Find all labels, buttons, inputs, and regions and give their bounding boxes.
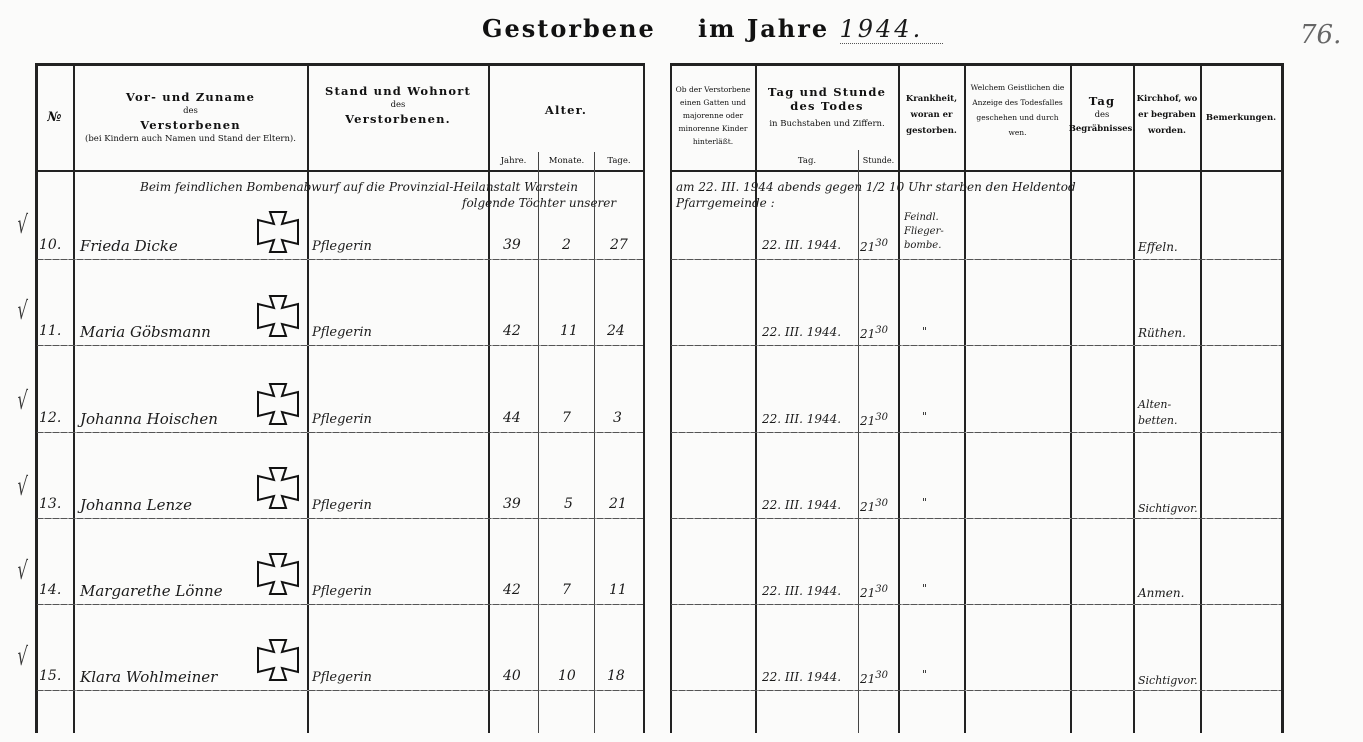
cemetery-line2: betten. [1138, 414, 1177, 427]
cemetery: Anmen. [1138, 586, 1184, 600]
col-header-geistlicher: Welchem Geistlichen die Anzeige des Tode… [965, 65, 1070, 155]
col-header-stand: Stand und Wohnort des Verstorbenen. [308, 65, 488, 145]
age-days: 24 [607, 323, 625, 339]
col-header-jahre: Jahre. [489, 156, 538, 166]
death-date: 22. III. 1944. [762, 498, 841, 512]
col-header-alter: Alter. [489, 65, 643, 155]
cemetery: Sichtigvor. [1138, 502, 1198, 515]
col-header-todestag: Tag und Stunde des Todes in Buchstaben u… [756, 65, 898, 150]
annotation-right-line2: Pfarrgemeinde : [676, 196, 775, 210]
age-months: 7 [562, 582, 571, 598]
col-header-krankheit: Krankheit, woran er gestorben. [899, 65, 964, 165]
title-im-jahre: im Jahre [698, 14, 829, 43]
col-header-gatten: Ob der Verstorbene einen Gatten und majo… [671, 65, 755, 165]
col-header-number: № [37, 65, 73, 170]
cemetery: Rüthen. [1138, 326, 1186, 340]
annotation-left-line1: Beim feindlichen Bombenabwurf auf die Pr… [140, 180, 578, 194]
death-hour: 2130 [860, 412, 888, 428]
iron-cross-icon [256, 466, 300, 510]
col-header-tage: Tage. [595, 156, 643, 166]
check-mark-icon: √ [16, 555, 28, 587]
deceased-name: Margarethe Lönne [80, 582, 223, 600]
age-months: 11 [560, 323, 578, 339]
deceased-name: Johanna Hoischen [80, 410, 218, 428]
row-number: 12. [39, 410, 61, 426]
deceased-name: Johanna Lenze [80, 496, 192, 514]
stand: Pflegerin [312, 498, 372, 513]
iron-cross-icon [256, 638, 300, 682]
cause-ditto: " [922, 668, 927, 681]
iron-cross-icon [256, 382, 300, 426]
age-months: 7 [562, 410, 571, 426]
age-days: 21 [609, 496, 627, 512]
stand: Pflegerin [312, 325, 372, 340]
year-value: 1944. [840, 15, 944, 44]
cemetery: Sichtigvor. [1138, 674, 1198, 687]
check-mark-icon: √ [16, 295, 28, 327]
cause-ditto: " [922, 496, 927, 509]
age-years: 39 [503, 496, 521, 512]
death-hour: 2130 [860, 670, 888, 686]
row-number: 14. [39, 582, 61, 598]
stand: Pflegerin [312, 412, 372, 427]
page-number: 76. [1300, 20, 1341, 50]
age-days: 3 [613, 410, 622, 426]
iron-cross-icon [256, 210, 300, 254]
stand: Pflegerin [312, 670, 372, 685]
cemetery: Effeln. [1138, 240, 1178, 254]
row-number: 15. [39, 668, 61, 684]
death-date: 22. III. 1944. [762, 670, 841, 684]
death-hour: 2130 [860, 584, 888, 600]
age-days: 18 [607, 668, 625, 684]
cause-ditto: " [922, 410, 927, 423]
check-mark-icon: √ [16, 471, 28, 503]
check-mark-icon: √ [16, 209, 28, 241]
age-days: 27 [610, 237, 628, 253]
stand: Pflegerin [312, 584, 372, 599]
deceased-name: Frieda Dicke [80, 237, 178, 255]
cause-line1: Feindl. [904, 212, 939, 223]
age-months: 5 [564, 496, 573, 512]
age-years: 44 [503, 410, 521, 426]
col-header-kirchhof: Kirchhof, wo er begraben worden. [1134, 65, 1200, 165]
iron-cross-icon [256, 294, 300, 338]
death-date: 22. III. 1944. [762, 238, 841, 252]
death-hour: 2130 [860, 325, 888, 341]
cause-ditto: " [922, 582, 927, 595]
death-hour: 2130 [860, 238, 888, 254]
cause-ditto: " [922, 325, 927, 338]
col-header-bemerkungen: Bemerkungen. [1201, 65, 1281, 170]
check-mark-icon: √ [16, 641, 28, 673]
death-hour: 2130 [860, 498, 888, 514]
page-title-left: Gestorbene [482, 14, 656, 43]
col-header-begraebnis: Tag des Begräbnisses. [1071, 65, 1133, 165]
cause-line3: bombe. [904, 240, 941, 251]
death-date: 22. III. 1944. [762, 325, 841, 339]
age-years: 42 [503, 323, 521, 339]
annotation-left-line2: folgende Töchter unserer [462, 196, 616, 210]
row-number: 10. [39, 237, 61, 253]
deceased-name: Klara Wohlmeiner [80, 668, 217, 686]
age-years: 40 [503, 668, 521, 684]
col-header-tod-stunde: Stunde. [859, 156, 898, 165]
page-title-mid: im Jahre 1944. [698, 14, 943, 43]
col-header-monate: Monate. [539, 156, 594, 166]
age-months: 10 [558, 668, 576, 684]
age-days: 11 [609, 582, 627, 598]
col-header-name: Vor- und Zuname des Verstorbenen (bei Ki… [74, 65, 307, 170]
col-header-tod-tag: Tag. [756, 156, 858, 166]
annotation-right-line1: am 22. III. 1944 abends gegen 1/2 10 Uhr… [676, 180, 1076, 194]
iron-cross-icon [256, 552, 300, 596]
row-number: 11. [39, 323, 61, 339]
death-date: 22. III. 1944. [762, 584, 841, 598]
check-mark-icon: √ [16, 385, 28, 417]
age-months: 2 [562, 237, 571, 253]
age-years: 39 [503, 237, 521, 253]
row-number: 13. [39, 496, 61, 512]
cause-line2: Flieger- [904, 226, 944, 237]
cemetery-line1: Alten- [1138, 398, 1171, 411]
stand: Pflegerin [312, 239, 372, 254]
age-years: 42 [503, 582, 521, 598]
deceased-name: Maria Göbsmann [80, 323, 211, 341]
death-date: 22. III. 1944. [762, 412, 841, 426]
